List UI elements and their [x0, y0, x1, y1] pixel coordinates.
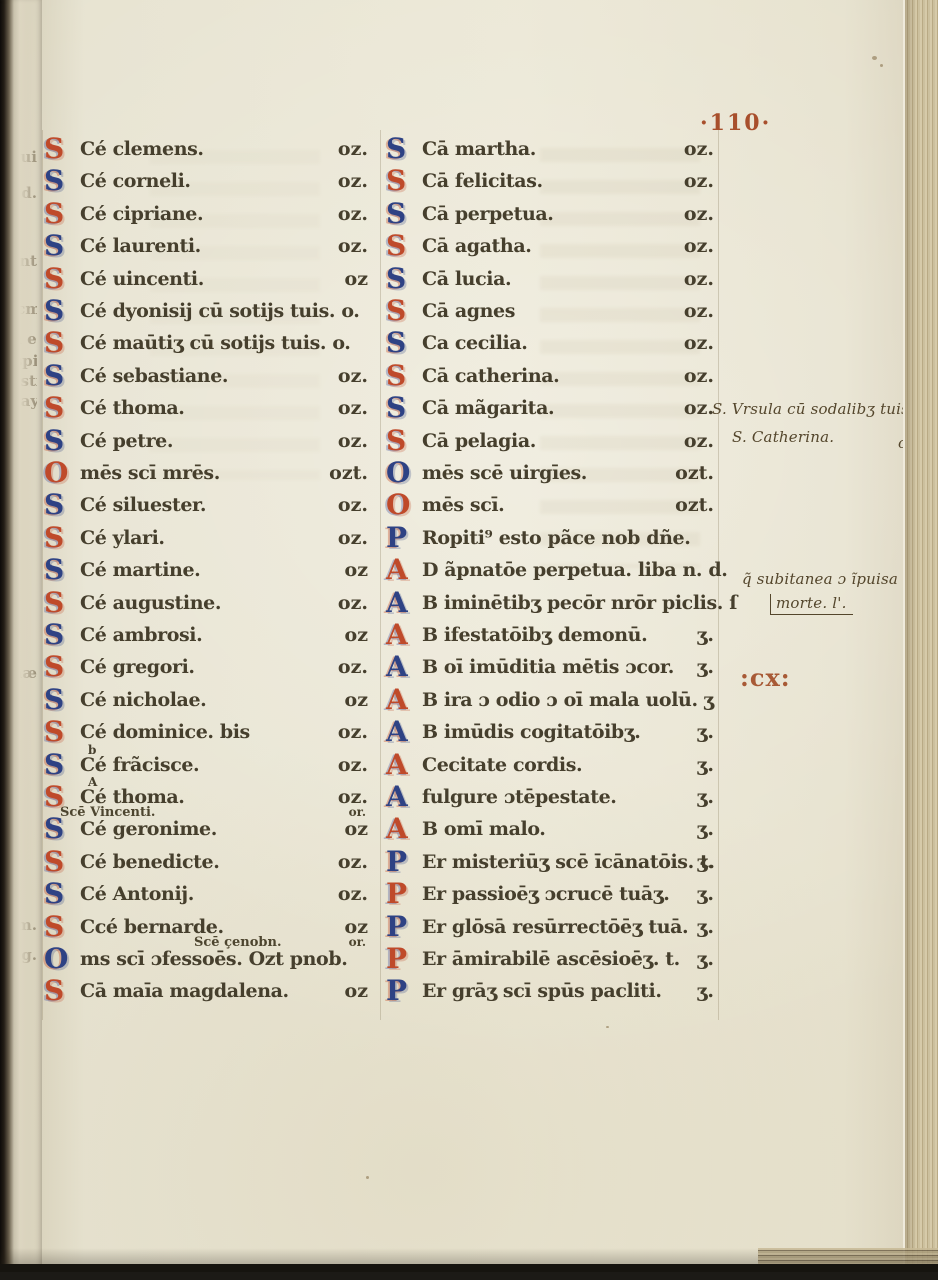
margin-note: S. Catherina. — [732, 428, 834, 446]
illuminated-initial: S — [44, 553, 78, 586]
illuminated-initial: S — [386, 326, 420, 359]
response-abbrev: oz. — [338, 203, 368, 225]
response-abbrev: ʒ. — [697, 656, 714, 678]
litany-entry: SCé sebastiane.oz. — [44, 363, 382, 396]
stain-speck — [880, 64, 883, 67]
litany-entry: AB ifestatōibʒ demonū.ʒ. — [386, 622, 720, 655]
illuminated-initial: A — [386, 715, 420, 748]
litany-entry: Omēs scē uirgīes.ozt. — [386, 460, 720, 493]
litany-entry: ACecitate cordis.ʒ. — [386, 752, 720, 785]
litany-entry: Afulgure ɔtēpestate.ʒ. — [386, 784, 720, 817]
entry-text: Cé petre. — [80, 430, 173, 452]
entry-text: Cé gregori. — [80, 656, 195, 678]
entry-text: Cé laurenti. — [80, 235, 201, 257]
entry-text: ms scī ɔfessoēs. Ozt pnob. — [80, 948, 347, 970]
litany-entry: SCā agnesoz. — [386, 298, 720, 331]
entry-text: Cé clemens. — [80, 138, 204, 160]
illuminated-initial: S — [386, 229, 420, 262]
response-abbrev: oz. — [338, 365, 368, 387]
litany-entry: PEr grāʒ scī spūs pacliti.ʒ. — [386, 978, 720, 1011]
entry-text: Cā martha. — [422, 138, 536, 160]
illuminated-initial: P — [386, 877, 420, 910]
stain-speck — [872, 56, 877, 60]
ruling-line — [42, 130, 43, 1020]
litany-entry: SCé corneli.oz. — [44, 168, 382, 201]
litany-entry: SCé clemens.oz. — [44, 136, 382, 169]
litany-entry: SCé ambrosi.oz — [44, 622, 382, 655]
response-abbrev: oz. — [338, 592, 368, 614]
entry-text: Cé maūtiʒ cū sotijs tuis. o. — [80, 332, 351, 354]
binding-gutter — [0, 0, 42, 1272]
response-abbrev: oz. — [338, 235, 368, 257]
litany-entry: SCā felicitas.oz. — [386, 168, 720, 201]
litany-entry: SCé siluester.oz. — [44, 492, 382, 525]
litany-entry: PRopiti⁹ esto pãce nob dñe. — [386, 525, 720, 558]
entry-text: Cā perpetua. — [422, 203, 554, 225]
response-abbrev: oz. — [684, 332, 714, 354]
illuminated-initial: A — [386, 780, 420, 813]
page-fore-edge — [903, 0, 938, 1272]
illuminated-initial: S — [386, 359, 420, 392]
litany-entry: Omēs scī mrēs.ozt. — [44, 460, 382, 493]
illuminated-initial: O — [44, 456, 78, 489]
entry-text: B ira ɔ odio ɔ oī mala uolū. — [422, 689, 698, 711]
response-abbrev: oz. — [684, 235, 714, 257]
interlinear-addition: Scē çenobn.or. — [44, 935, 382, 951]
interlinear-text: Scē Vincenti. — [60, 805, 155, 820]
illuminated-initial: A — [386, 748, 420, 781]
response-abbrev: oz. — [684, 170, 714, 192]
litany-entry: SCé dyonisij cū sotijs tuis. o. — [44, 298, 382, 331]
response-abbrev: oz. — [338, 851, 368, 873]
response-abbrev: ʒ. — [697, 624, 714, 646]
illuminated-initial: S — [44, 359, 78, 392]
entry-text: Cé corneli. — [80, 170, 191, 192]
litany-entry: AB imūdis cogitatōibʒ.ʒ. — [386, 719, 720, 752]
illuminated-initial: S — [44, 877, 78, 910]
illuminated-initial: A — [386, 812, 420, 845]
illuminated-initial: S — [44, 586, 78, 619]
response-abbrev: ʒ. — [697, 851, 714, 873]
litany-column-left: SCé clemens.oz.SCé corneli.oz.SCé cipria… — [44, 136, 382, 1036]
entry-text: Cā lucia. — [422, 268, 511, 290]
entry-text: Er āmirabilē ascēsioēʒ. t. — [422, 948, 680, 970]
illuminated-initial: S — [386, 197, 420, 230]
litany-entry: SCā agatha.oz. — [386, 233, 720, 266]
entry-text: Cā agatha. — [422, 235, 531, 257]
illuminated-initial: S — [386, 424, 420, 457]
litany-entry: SCé nicholae.oz — [44, 687, 382, 720]
response-abbrev: oz. — [338, 170, 368, 192]
entry-text: Cé cipriane. — [80, 203, 203, 225]
litany-entry: AB omī malo.ʒ. — [386, 816, 720, 849]
response-abbrev: oz — [345, 559, 368, 581]
entry-text: Cé benedicte. — [80, 851, 219, 873]
litany-entry: SCā perpetua.oz. — [386, 201, 720, 234]
litany-entry: SCé petre.oz. — [44, 428, 382, 461]
litany-entry: SCā maīa magdalena.oz — [44, 978, 382, 1011]
response-abbrev: oz. — [338, 883, 368, 905]
illuminated-initial: P — [386, 942, 420, 975]
entry-text: Cé geronime. — [80, 818, 217, 840]
litany-column-right: SCā martha.oz.SCā felicitas.oz.SCā perpe… — [386, 136, 720, 1036]
litany-entry: SCā mãgarita.oz. — [386, 395, 720, 428]
litany-entry: SCā catherina.oz. — [386, 363, 720, 396]
illuminated-initial: A — [386, 683, 420, 716]
illuminated-initial: S — [44, 845, 78, 878]
illuminated-initial: S — [44, 618, 78, 651]
litany-entry: SCé Antonij.oz. — [44, 881, 382, 914]
photo-background-edge — [0, 1264, 938, 1272]
litany-entry: PEr passioēʒ ɔcrucē tuāʒ.ʒ. — [386, 881, 720, 914]
parchment-page: ·110· :cx: SCé clemens.oz.SCé corneli.oz… — [0, 0, 938, 1272]
entry-text: Cé augustine. — [80, 592, 221, 614]
response-abbrev: oz. — [338, 721, 368, 743]
illuminated-initial: P — [386, 845, 420, 878]
illuminated-initial: O — [386, 488, 420, 521]
litany-entry: SCé benedicte.oz. — [44, 849, 382, 882]
illuminated-initial: S — [386, 294, 420, 327]
response-abbrev: ozt. — [675, 462, 714, 484]
response-abbrev: ʒ. — [697, 980, 714, 1002]
illuminated-initial: S — [386, 391, 420, 424]
litany-entry: SCé laurenti.oz. — [44, 233, 382, 266]
response-abbrev: oz. — [338, 138, 368, 160]
illuminated-initial: S — [44, 229, 78, 262]
entry-text: B oī imūditia mētis ɔcor. — [422, 656, 674, 678]
response-abbrev: oz. — [338, 430, 368, 452]
illuminated-initial: S — [44, 294, 78, 327]
entry-text: fulgure ɔtēpestate. — [422, 786, 617, 808]
response-abbrev: ʒ. — [697, 721, 714, 743]
illuminated-initial: S — [44, 164, 78, 197]
illuminated-initial: S — [44, 262, 78, 295]
response-abbrev: oz. — [684, 430, 714, 452]
response-abbrev: oz. — [338, 397, 368, 419]
illuminated-initial: S — [44, 715, 78, 748]
margin-note: morte. l'. — [770, 594, 853, 615]
litany-entry: Oms scī ɔfessoēs. Ozt pnob. — [44, 946, 382, 979]
entry-text: Er passioēʒ ɔcrucē tuāʒ. — [422, 883, 669, 905]
folio-number: ·110· — [700, 110, 771, 136]
litany-entry: SCé geronime.oz — [44, 816, 382, 849]
entry-text: mēs scī mrēs. — [80, 462, 220, 484]
entry-text: Cā felicitas. — [422, 170, 543, 192]
entry-text: Cé siluester. — [80, 494, 206, 516]
entry-text: Cecitate cordis. — [422, 754, 582, 776]
entry-text: Cé dyonisij cū sotijs tuis. o. — [80, 300, 360, 322]
illuminated-initial: P — [386, 974, 420, 1007]
entry-text: Cā maīa magdalena. — [80, 980, 289, 1002]
interlinear-text: Scē çenobn. — [194, 935, 281, 950]
interlinear-response: or. — [349, 805, 366, 819]
manuscript-photo: ·110· :cx: SCé clemens.oz.SCé corneli.oz… — [0, 0, 938, 1280]
illuminated-initial: S — [44, 197, 78, 230]
illuminated-initial: A — [386, 618, 420, 651]
illuminated-initial: P — [386, 910, 420, 943]
litany-entry: SCé uincenti.oz — [44, 266, 382, 299]
litany-entry: SCā pelagia.oz. — [386, 428, 720, 461]
entry-text: Cé martine. — [80, 559, 200, 581]
litany-entry: PEr glōsā resūrrectōēʒ tuā.ʒ. — [386, 914, 720, 947]
entry-text: Cé ylari. — [80, 527, 165, 549]
bottom-shadow — [0, 1248, 938, 1264]
litany-entry: SCé maūtiʒ cū sotijs tuis. o. — [44, 330, 382, 363]
entry-text: D ãpnatōe perpetua. liba n. d. — [422, 559, 727, 581]
illuminated-initial: A — [386, 650, 420, 683]
response-abbrev: oz. — [684, 300, 714, 322]
entry-text: Cā agnes — [422, 300, 515, 322]
response-abbrev: ʒ. — [697, 786, 714, 808]
response-abbrev: oz. — [338, 754, 368, 776]
response-abbrev: oz. — [338, 494, 368, 516]
illuminated-initial: S — [44, 424, 78, 457]
litany-entry: SCé cipriane.oz. — [44, 201, 382, 234]
response-abbrev: ʒ. — [697, 916, 714, 938]
litany-entry: AB oī imūditia mētis ɔcor.ʒ. — [386, 654, 720, 687]
response-abbrev: ʒ. — [697, 818, 714, 840]
margin-note: q̃ subitanea ɔ ĩpuisa — [742, 570, 898, 588]
litany-entry: SCé thoma.oz. — [44, 395, 382, 428]
illuminated-initial: A — [386, 586, 420, 619]
response-abbrev: oz — [345, 689, 368, 711]
illuminated-initial: S — [44, 521, 78, 554]
entry-text: Cé Antonij. — [80, 883, 194, 905]
illuminated-initial: S — [44, 132, 78, 165]
response-abbrev: ozt. — [675, 494, 714, 516]
litany-entry: AB ira ɔ odio ɔ oī mala uolū.ʒ — [386, 687, 720, 720]
quire-mark: :cx: — [740, 663, 791, 692]
entry-text: Cā pelagia. — [422, 430, 536, 452]
insertion-mark: A — [88, 775, 97, 789]
entry-text: mēs scī. — [422, 494, 504, 516]
illuminated-initial: A — [386, 553, 420, 586]
response-abbrev: oz. — [684, 138, 714, 160]
entry-text: Cé uincenti. — [80, 268, 204, 290]
response-abbrev: oz — [345, 268, 368, 290]
litany-entry: SCā lucia.oz. — [386, 266, 720, 299]
litany-entry: SCa cecilia.oz. — [386, 330, 720, 363]
insertion-mark: b — [88, 743, 96, 757]
entry-text: Cé thoma. — [80, 397, 185, 419]
entry-text: Er grāʒ scī spūs pacliti. — [422, 980, 662, 1002]
response-abbrev: oz. — [684, 365, 714, 387]
entry-text: Cé frãcisce. — [80, 754, 199, 776]
litany-entry: SCé ylari.oz. — [44, 525, 382, 558]
entry-text: Cā mãgarita. — [422, 397, 554, 419]
response-abbrev: oz — [345, 818, 368, 840]
stain-speck — [606, 1026, 609, 1028]
entry-text: B imūdis cogitatōibʒ. — [422, 721, 640, 743]
entry-text: Cé sebastiane. — [80, 365, 228, 387]
illuminated-initial: O — [386, 456, 420, 489]
illuminated-initial: S — [386, 164, 420, 197]
response-abbrev: oz. — [338, 527, 368, 549]
entry-text: Cé dominice. bis — [80, 721, 250, 743]
illuminated-initial: S — [44, 748, 78, 781]
entry-text: Cé nicholae. — [80, 689, 206, 711]
litany-entry: PEr āmirabilē ascēsioēʒ. t.ʒ. — [386, 946, 720, 979]
interlinear-response: or. — [349, 935, 366, 949]
litany-entry: SCé martine.oz — [44, 557, 382, 590]
litany-entry: PEr misteriūʒ scē īcānatōis. t.ʒ. — [386, 849, 720, 882]
entry-text: Ca cecilia. — [422, 332, 527, 354]
response-abbrev: ʒ. — [697, 948, 714, 970]
response-abbrev: oz — [345, 980, 368, 1002]
illuminated-initial: S — [44, 488, 78, 521]
illuminated-initial: S — [386, 262, 420, 295]
illuminated-initial: S — [44, 974, 78, 1007]
interlinear-addition: Scē Vincenti.or. — [44, 805, 382, 821]
illuminated-initial: S — [44, 650, 78, 683]
litany-entry: SCā martha.oz. — [386, 136, 720, 169]
response-abbrev: oz. — [338, 656, 368, 678]
response-abbrev: oz — [345, 624, 368, 646]
entry-text: B iminētibʒ pecōr nrōr piclis. ſ — [422, 592, 737, 614]
litany-entry: AD ãpnatōe perpetua. liba n. d. — [386, 557, 720, 590]
response-abbrev: oz. — [684, 203, 714, 225]
response-abbrev: ʒ — [703, 689, 714, 711]
stain-speck — [366, 1176, 369, 1179]
response-abbrev: ʒ. — [697, 883, 714, 905]
illuminated-initial: P — [386, 521, 420, 554]
entry-text: mēs scē uirgīes. — [422, 462, 587, 484]
entry-text: Cé ambrosi. — [80, 624, 202, 646]
entry-text: B ifestatōibʒ demonū. — [422, 624, 647, 646]
entry-text: Er misteriūʒ scē īcānatōis. t. — [422, 851, 715, 873]
entry-text: Cā catherina. — [422, 365, 559, 387]
response-abbrev: ozt. — [329, 462, 368, 484]
illuminated-initial: S — [44, 683, 78, 716]
illuminated-initial: S — [44, 326, 78, 359]
litany-entry: Omēs scī.ozt. — [386, 492, 720, 525]
litany-entry: AB iminētibʒ pecōr nrōr piclis. ſ — [386, 590, 720, 623]
litany-entry: SCé augustine.oz. — [44, 590, 382, 623]
response-abbrev: ʒ. — [697, 754, 714, 776]
illuminated-initial: S — [386, 132, 420, 165]
illuminated-initial: S — [44, 391, 78, 424]
entry-text: Ropiti⁹ esto pãce nob dñe. — [422, 527, 690, 549]
entry-text: B omī malo. — [422, 818, 545, 840]
response-abbrev: oz. — [684, 268, 714, 290]
entry-text: Er glōsā resūrrectōēʒ tuā. — [422, 916, 688, 938]
litany-entry: SCé gregori.oz. — [44, 654, 382, 687]
response-abbrev: oz. — [684, 397, 714, 419]
